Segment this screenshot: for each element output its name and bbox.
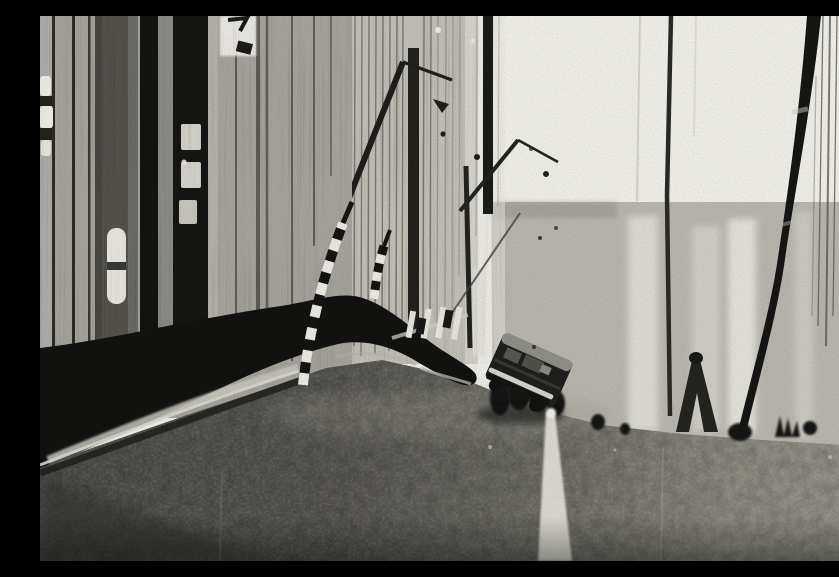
photo-tacoma-narrows-bridge bbox=[40, 16, 839, 561]
vignette bbox=[40, 516, 839, 561]
photo-canvas bbox=[40, 16, 839, 561]
film-grain bbox=[40, 16, 839, 561]
